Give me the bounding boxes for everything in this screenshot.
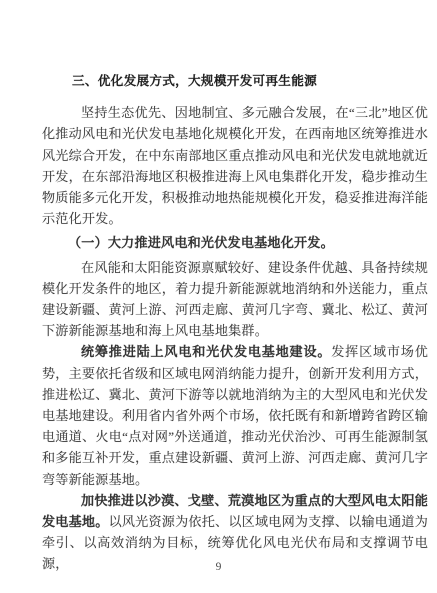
document-page: 三、优化发展方式，大规模开发可再生能源 坚持生态优先、因地制宜、多元融合发展，在… <box>0 0 437 593</box>
subsection-heading: （一）大力推进风电和光伏发电基地化开发。 <box>42 232 428 253</box>
page-content: 三、优化发展方式，大规模开发可再生能源 坚持生态优先、因地制宜、多元融合发展，在… <box>42 71 428 575</box>
paragraph-development-principles: 坚持生态优先、因地制宜、多元融合发展，在“三北”地区优化推动风电和光伏发电基地化… <box>42 102 428 229</box>
paragraph-base-development: 在风能和太阳能资源禀赋较好、建设条件优越、具备持续规模化开发条件的地区，着力提升… <box>42 257 428 342</box>
bold-lead-sentence: 统筹推进陆上风电和光伏发电基地建设。 <box>81 344 331 359</box>
paragraph-text: 发挥区域市场优势，主要依托省级和区域电网消纳能力提升，创新开发利用方式，推进松辽… <box>42 344 428 486</box>
paragraph-onshore-bases: 统筹推进陆上风电和光伏发电基地建设。发挥区域市场优势，主要依托省级和区域电网消纳… <box>42 341 428 489</box>
page-number: 9 <box>0 561 437 574</box>
section-heading: 三、优化发展方式，大规模开发可再生能源 <box>42 71 428 92</box>
